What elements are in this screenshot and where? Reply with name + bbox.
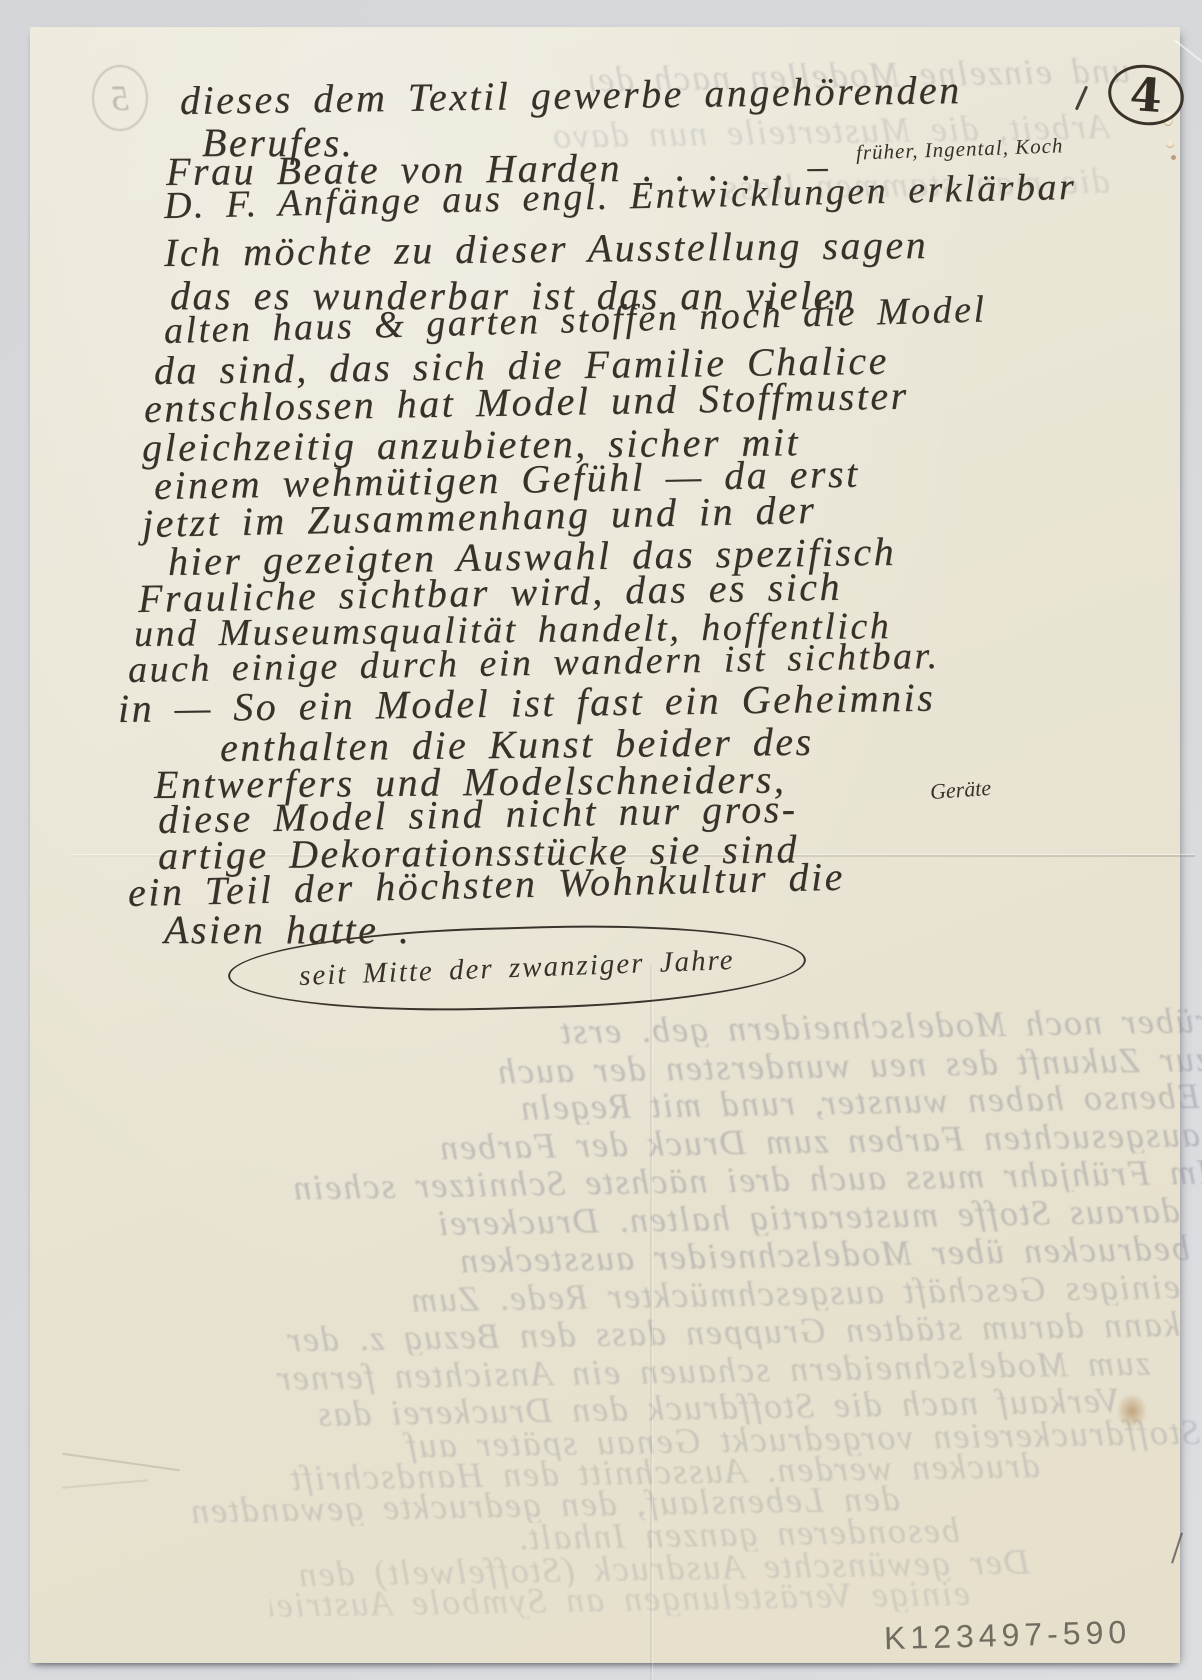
margin-note: früher, Ingental, Koch [856, 135, 1064, 163]
vertical-fold-crease [650, 965, 652, 1680]
paper-stain [1118, 1395, 1146, 1427]
corner-crinkle [62, 1479, 148, 1488]
scan-background: und einzelne Modellen nach deren Arbeit,… [0, 0, 1202, 1680]
ink-speck [1171, 155, 1176, 160]
ghost-page-number-circle: 5 [92, 65, 148, 131]
manuscript-paper: und einzelne Modellen nach deren Arbeit,… [30, 27, 1180, 1663]
pen-tick-mark [1171, 1532, 1183, 1563]
handwriting-line: Ich möchte zu dieser Ausstellung sagen [164, 223, 929, 275]
catalog-number: K123497-590 [884, 1616, 1132, 1654]
inserted-word: Geräte [929, 777, 991, 803]
ghost-page-number: 5 [111, 80, 129, 116]
pen-tick-mark [1075, 86, 1088, 111]
paper-chip [1166, 139, 1174, 148]
circled-phrase: seit Mitte der zwanziger Jahre [299, 946, 735, 991]
corner-crease [1174, 40, 1202, 81]
page-number: 4 [1128, 71, 1163, 119]
